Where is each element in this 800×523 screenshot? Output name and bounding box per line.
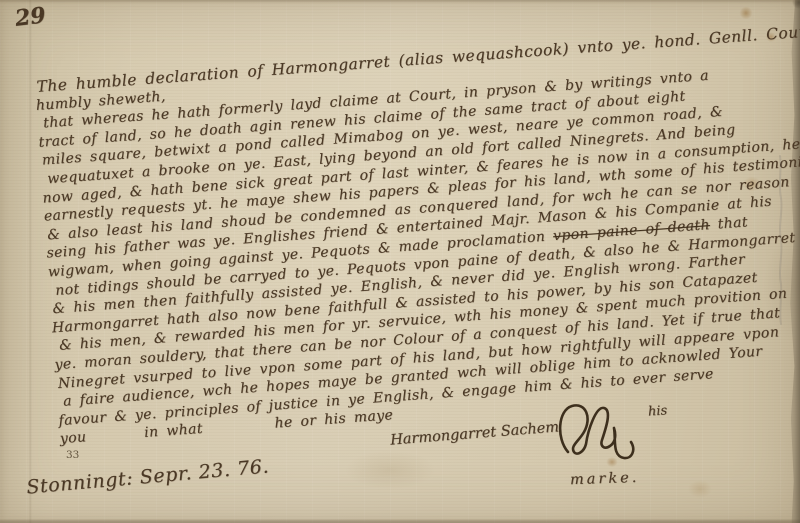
manuscript-text-block: The humble declaration of Harmongarret (… [34,24,800,449]
signature-name: Harmongarret Sachem [390,419,560,448]
signature-his-label: his [648,403,668,419]
pencil-marks [772,150,788,330]
closing-in-what: in what [144,421,204,441]
line-text-segment: that [709,214,748,233]
closing-you: you [59,429,87,447]
page-number: 29 [14,2,48,32]
sachem-mark-icon [552,394,656,476]
date-line: Stonningt: Sepr. 23. 76. [26,455,270,498]
manuscript-photo: 29 The humble declaration of Harmongarre… [0,0,800,523]
archive-number: 33 [66,449,79,461]
signature-marke-label: marke. [570,470,640,488]
